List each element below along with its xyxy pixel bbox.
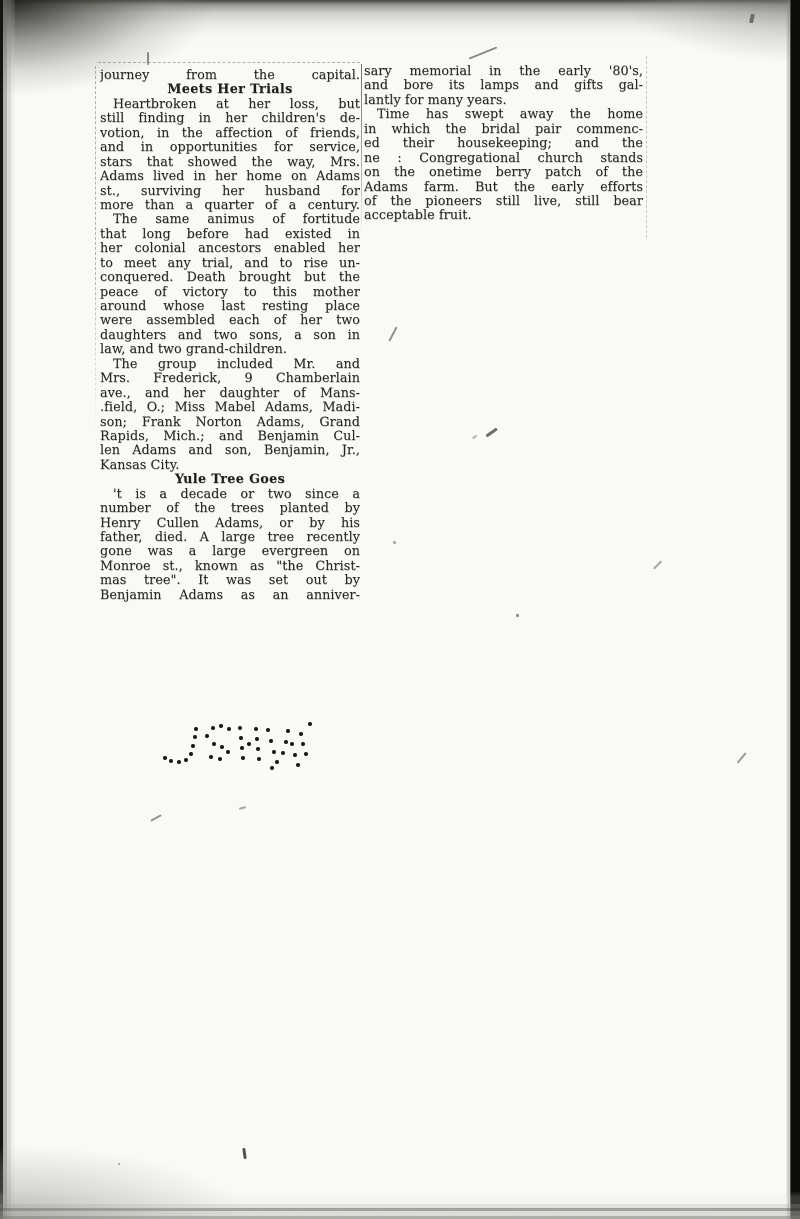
stamp-dot xyxy=(293,753,297,757)
stamp-dot xyxy=(296,763,300,767)
article-line: lantly for many years. xyxy=(364,93,643,107)
article-line: and in opportunities for service, xyxy=(100,140,360,154)
article-line: The group included Mr. and xyxy=(100,357,360,371)
page-edge-top xyxy=(0,0,800,52)
stamp-dot xyxy=(220,745,224,749)
stray-mark xyxy=(737,752,747,763)
stamp-dot xyxy=(281,751,285,755)
section-heading: Meets Her Trials xyxy=(100,82,360,96)
clipping-top-edge-rule xyxy=(98,62,360,64)
stray-mark xyxy=(653,560,662,569)
stamp-dot xyxy=(299,732,303,736)
article-line: Rapids, Mich.; and Benjamin Cul- xyxy=(100,429,360,443)
stray-mark xyxy=(749,14,755,24)
stamp-dot xyxy=(266,728,270,732)
article-line: The same animus of fortitude xyxy=(100,212,360,226)
stamp-dot xyxy=(238,726,242,730)
article-line: votion, in the affection of friends, xyxy=(100,126,360,140)
article-line: ne : Congregational church stands xyxy=(364,151,643,165)
stamp-dot xyxy=(257,757,261,761)
article-line: law, and two grand-children. xyxy=(100,342,360,356)
stamp-dot xyxy=(290,742,294,746)
article-line: st., surviving her husband for xyxy=(100,184,360,198)
article-line: Monroe st., known as "the Christ- xyxy=(100,559,360,573)
page-edge-bottom xyxy=(0,1191,800,1219)
stamp-dot xyxy=(218,757,222,761)
stamp-dot xyxy=(304,752,308,756)
article-line: sary memorial in the early '80's, xyxy=(364,64,643,78)
article-line: Henry Cullen Adams, or by his xyxy=(100,516,360,530)
page-edge-bottom-left xyxy=(0,1124,320,1219)
stray-mark xyxy=(485,427,497,437)
stamp-dot xyxy=(272,750,276,754)
clipping-left-edge-rule xyxy=(95,66,97,436)
article-line: ed their housekeeping; and the xyxy=(364,136,643,150)
stray-mark xyxy=(239,806,246,810)
stamp-dot xyxy=(269,739,273,743)
article-line: Benjamin Adams as an anniver- xyxy=(100,588,360,602)
section-heading: Yule Tree Goes xyxy=(100,472,360,486)
article-column-right: sary memorial in the early '80's,and bor… xyxy=(364,64,643,223)
article-line: peace of victory to this mother xyxy=(100,285,360,299)
stamp-dot xyxy=(240,746,244,750)
stamp-dot xyxy=(301,742,305,746)
article-line: around whose last resting place xyxy=(100,299,360,313)
article-line: .field, O.; Miss Mabel Adams, Madi- xyxy=(100,400,360,414)
stray-mark xyxy=(516,614,519,617)
stamp-dot xyxy=(219,724,223,728)
stray-mark xyxy=(469,46,498,59)
scanned-page: journey from the capital.Meets Her Trial… xyxy=(0,0,800,1219)
article-line: number of the trees planted by xyxy=(100,501,360,515)
stray-mark xyxy=(388,326,397,341)
article-line: her colonial ancestors enabled her xyxy=(100,241,360,255)
stamp-dot xyxy=(227,727,231,731)
article-line: to meet any trial, and to rise un- xyxy=(100,256,360,270)
article-line: of the pioneers still live, still bear xyxy=(364,194,643,208)
article-line: 't is a decade or two since a xyxy=(100,487,360,501)
article-line: conquered. Death brought but the xyxy=(100,270,360,284)
article-line: that long before had existed in xyxy=(100,227,360,241)
stray-mark xyxy=(393,541,396,544)
article-line: daughters and two sons, a son in xyxy=(100,328,360,342)
article-line: in which the bridal pair commenc- xyxy=(364,122,643,136)
article-line: Mrs. Frederick, 9 Chamberlain xyxy=(100,371,360,385)
stray-mark xyxy=(147,52,149,65)
article-column-left: journey from the capital.Meets Her Trial… xyxy=(100,68,360,602)
page-edge-right xyxy=(786,0,800,1219)
stamp-dot xyxy=(211,726,215,730)
stamp-dot xyxy=(270,766,274,770)
stamp-dot xyxy=(209,755,213,759)
stamp-dot xyxy=(177,760,181,764)
article-line: acceptable fruit. xyxy=(364,208,643,222)
article-line: Time has swept away the home xyxy=(364,107,643,121)
stamp-dot xyxy=(191,744,195,748)
clipping-right-edge-rule xyxy=(646,56,648,238)
article-line: Kansas City. xyxy=(100,458,360,472)
stamp-dot xyxy=(275,760,279,764)
article-line: len Adams and son, Benjamin, Jr., xyxy=(100,443,360,457)
stamp-dot xyxy=(205,734,209,738)
stray-mark xyxy=(472,435,477,439)
page-edge-left xyxy=(0,0,15,1219)
stamp-dot xyxy=(184,758,188,762)
stamp-dot xyxy=(255,737,259,741)
stamp-dot xyxy=(239,736,243,740)
stray-mark xyxy=(150,814,162,821)
article-line: journey from the capital. xyxy=(100,68,360,82)
stamp-dot xyxy=(308,722,312,726)
stamp-dot xyxy=(169,759,173,763)
stamp-dot xyxy=(194,727,198,731)
article-line: gone was a large evergreen on xyxy=(100,544,360,558)
article-line: still finding in her children's de- xyxy=(100,111,360,125)
article-line: Adams lived in her home on Adams xyxy=(100,169,360,183)
stamp-dot xyxy=(286,729,290,733)
stamp-dot xyxy=(189,752,193,756)
stamp-dot xyxy=(247,742,251,746)
stamp-dot xyxy=(256,747,260,751)
article-line: were assembled each of her two xyxy=(100,313,360,327)
stamp-dot xyxy=(193,735,197,739)
stamp-dot xyxy=(241,756,245,760)
stamp-dot xyxy=(284,740,288,744)
stamp-dot xyxy=(212,742,216,746)
stray-mark xyxy=(242,1148,247,1159)
article-line: and bore its lamps and gifts gal- xyxy=(364,78,643,92)
stamp-dot xyxy=(226,750,230,754)
article-line: stars that showed the way, Mrs. xyxy=(100,155,360,169)
article-line: Adams farm. But the early efforts xyxy=(364,180,643,194)
article-line: father, died. A large tree recently xyxy=(100,530,360,544)
article-line: ave., and her daughter of Mans- xyxy=(100,386,360,400)
stamp-dot xyxy=(254,727,258,731)
column-divider-rule xyxy=(361,64,362,234)
article-line: on the onetime berry patch of the xyxy=(364,165,643,179)
stamp-dot xyxy=(163,756,167,760)
article-line: more than a quarter of a century. xyxy=(100,198,360,212)
article-line: mas tree". It was set out by xyxy=(100,573,360,587)
article-line: son; Frank Norton Adams, Grand xyxy=(100,415,360,429)
article-line: Heartbroken at her loss, but xyxy=(100,97,360,111)
stray-mark xyxy=(118,1163,120,1165)
